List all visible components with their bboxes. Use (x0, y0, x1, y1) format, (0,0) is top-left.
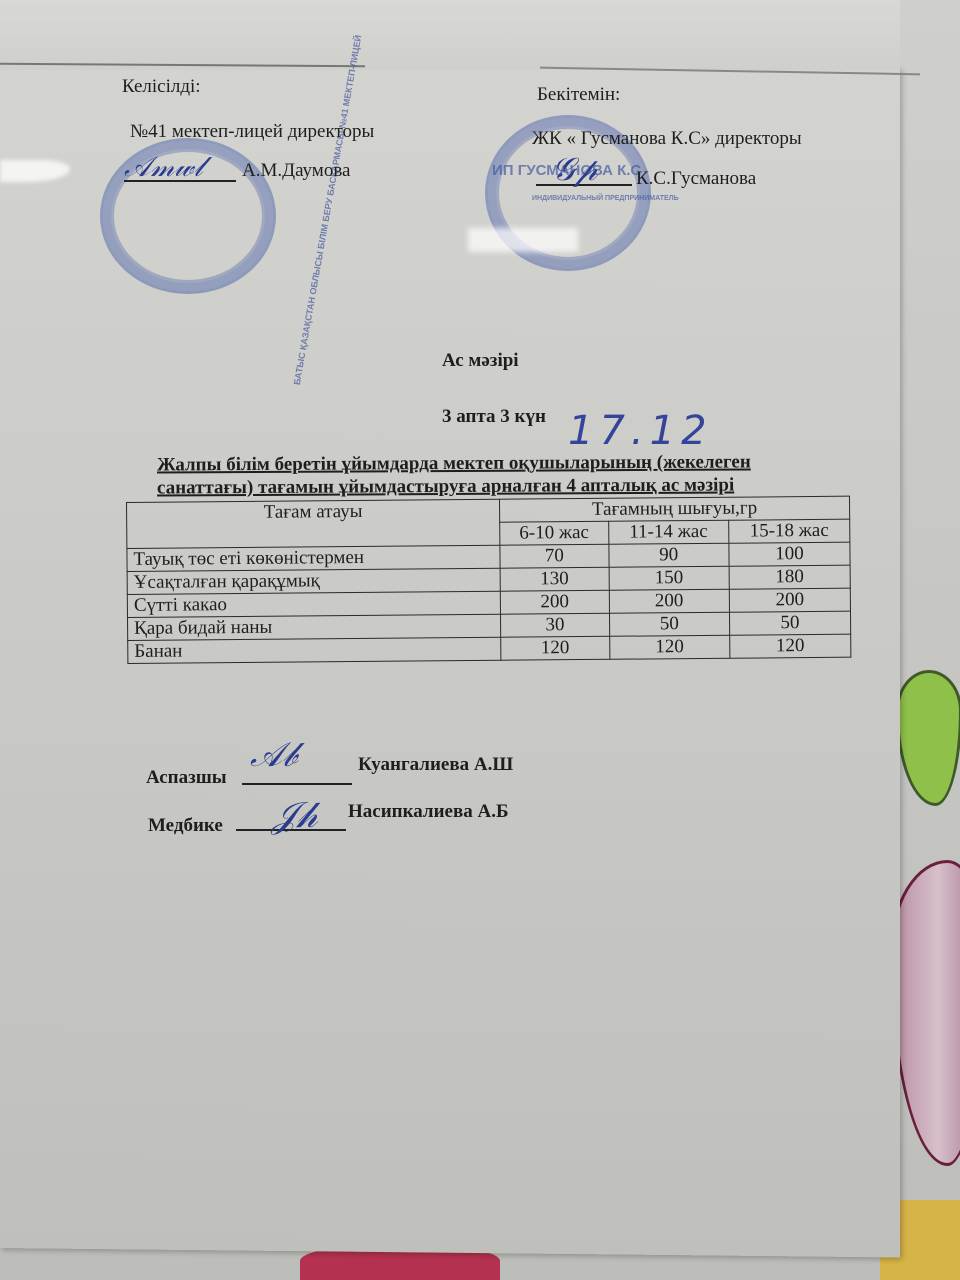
portion-value: 130 (500, 567, 609, 591)
page-subtitle: 3 апта 3 күн (442, 406, 546, 428)
portion-value: 50 (609, 612, 729, 636)
portion-value: 30 (500, 613, 609, 637)
agreed-position: №41 мектеп-лицей директоры (130, 121, 374, 143)
handwritten-date: 17.12 (568, 408, 713, 454)
column-header-output: Тағамның шығуы,гр (499, 496, 849, 522)
nurse-name: Насипкалиева А.Б (348, 801, 509, 823)
signature-icon: 𝒢𝓅 (552, 150, 598, 189)
plastic-sleeve-top (0, 0, 900, 70)
agreed-label: Келісілді: (122, 76, 201, 98)
agreed-signatory: А.М.Даумова (242, 160, 350, 182)
page-title: Ас мәзірі (442, 350, 519, 372)
portion-value: 200 (729, 588, 850, 612)
column-header-age-6-10: 6-10 жас (500, 521, 609, 545)
dish-name: Сүтті какао (127, 591, 500, 617)
menu-table: Тағам атауы Тағамның шығуы,гр 6-10 жас 1… (126, 496, 851, 664)
portion-value: 120 (501, 636, 610, 660)
light-glare (468, 228, 578, 252)
approved-position: ЖК « Гусманова К.С» директоры (532, 128, 802, 150)
portion-value: 150 (609, 566, 729, 590)
portion-value: 200 (500, 590, 609, 614)
menu-description-line1: Жалпы білім беретін ұйымдарда мектеп оқу… (157, 451, 751, 476)
portion-value: 70 (500, 544, 609, 568)
column-header-dish: Тағам атауы (127, 499, 500, 548)
column-header-age-15-18: 15-18 жас (729, 519, 850, 543)
nurse-role: Медбике (148, 815, 223, 837)
dish-name: Ұсақталған қарақұмық (127, 568, 500, 594)
portion-value: 120 (730, 634, 851, 658)
approved-signatory: К.С.Гусманова (636, 168, 756, 190)
menu-description-line2: санаттағы) тағамын ұйымдастыруға арналға… (157, 474, 734, 499)
dish-name: Қара бидай наны (128, 614, 501, 640)
portion-value: 100 (729, 542, 850, 566)
cook-role: Аспазшы (146, 767, 227, 789)
dish-name: Банан (128, 637, 501, 663)
signature-icon: 𝒜𝒷 (250, 735, 297, 775)
portion-value: 50 (729, 611, 850, 635)
signature-line (242, 783, 352, 785)
ip-stamp-subtext: ИНДИВИДУАЛЬНЫЙ ПРЕДПРИНИМАТЕЛЬ (532, 195, 679, 202)
approved-label: Бекітемін: (537, 84, 620, 106)
portion-value: 180 (729, 565, 850, 589)
dish-name: Тауық төс еті көкөністермен (127, 545, 500, 571)
portion-value: 90 (609, 543, 729, 567)
column-header-age-11-14: 11-14 жас (608, 520, 728, 544)
portion-value: 120 (609, 635, 729, 659)
signature-icon: 𝒜𝓂𝓌𝓁 (124, 150, 203, 184)
portion-value: 200 (609, 589, 729, 613)
signature-icon: 𝒥𝒽 (272, 795, 318, 837)
cook-name: Куангалиева А.Ш (358, 754, 513, 776)
